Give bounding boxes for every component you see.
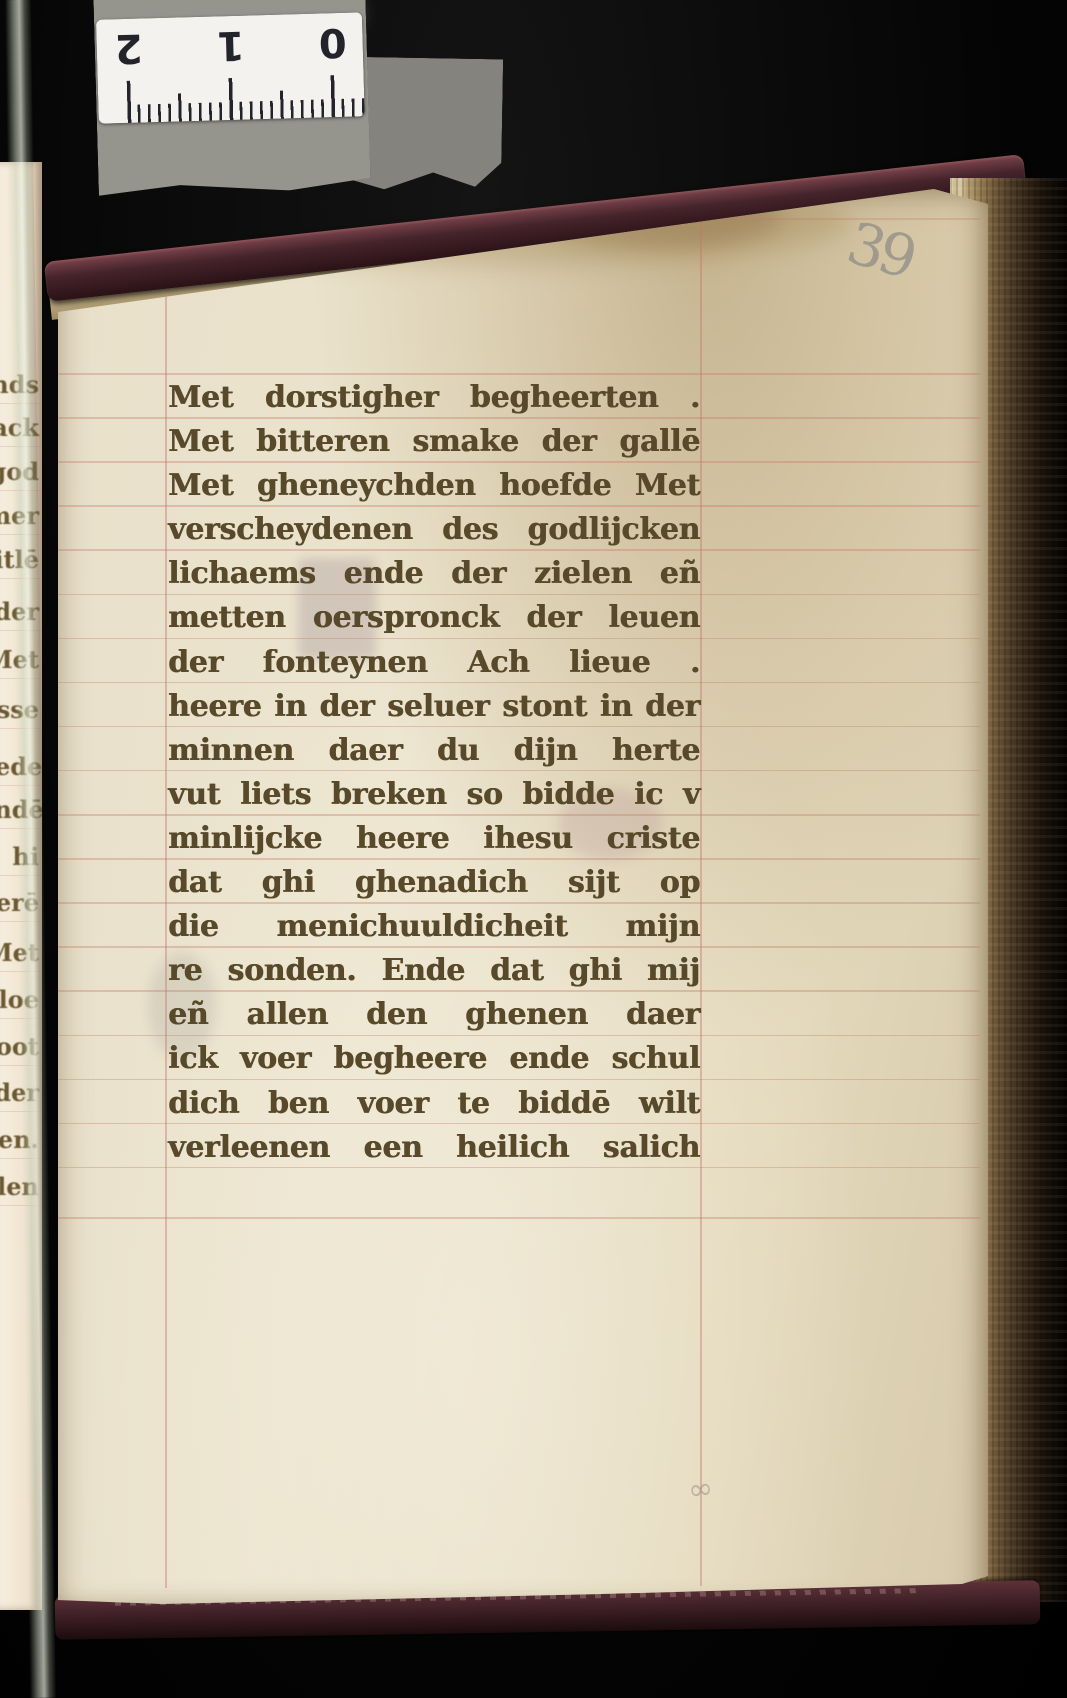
manuscript-line: Met gheneychden hoefde Met (168, 464, 700, 508)
manuscript-line: vut liets breken so bidde ic v (168, 773, 700, 817)
ruler: 2 1 0 (96, 12, 365, 123)
manuscript-line: re sonden. Ende dat ghi mij (168, 949, 700, 993)
manuscript-line: verscheydenen des godlijcken (168, 508, 700, 552)
manuscript-line: heere in der seluer stont in der (168, 685, 700, 729)
manuscript-line: dat ghi ghenadich sijt op (168, 861, 700, 905)
ruling-line-vertical (700, 194, 702, 1586)
manuscript-line: metten oerspronck der leuen (168, 596, 700, 640)
ruling-line (58, 1217, 980, 1219)
ruling-line-vertical (165, 222, 167, 1588)
manuscript-line: ick voer begheere ende schul (168, 1037, 700, 1081)
pencil-mark: ∞ (686, 1470, 716, 1508)
ruling-line (58, 373, 980, 375)
gray-calibration-card: 2 1 0 (93, 0, 371, 198)
ruler-number: 0 (314, 19, 351, 66)
manuscript-line: verleenen een heilich salich (168, 1126, 700, 1170)
manuscript-line: Met dorstigher begheerten . (168, 376, 700, 420)
manuscript-line: minlijcke heere ihesu criste (168, 817, 700, 861)
manuscript-page: Met dorstigher begheerten .Met bitteren … (42, 180, 988, 1610)
photo-scene: 61016 2 1 0 ndsackgodmeritlēderMetesseoe… (0, 0, 1067, 1698)
text-block: Met dorstigher begheerten .Met bitteren … (168, 376, 700, 1170)
manuscript-line: die menichuuldicheit mijn (168, 905, 700, 949)
ruler-number: 1 (212, 22, 249, 69)
manuscript-line: Met bitteren smake der gallē (168, 420, 700, 464)
manuscript-line: lichaems ende der zielen eñ (168, 552, 700, 596)
manuscript-line: der fonteynen Ach lieue . (168, 641, 700, 685)
manuscript-line: eñ allen den ghenen daer (168, 993, 700, 1037)
ruler-number: 2 (110, 24, 147, 71)
manuscript-line: dich ben voer te biddē wilt (168, 1082, 700, 1126)
manuscript-line: minnen daer du dijn herte (168, 729, 700, 773)
